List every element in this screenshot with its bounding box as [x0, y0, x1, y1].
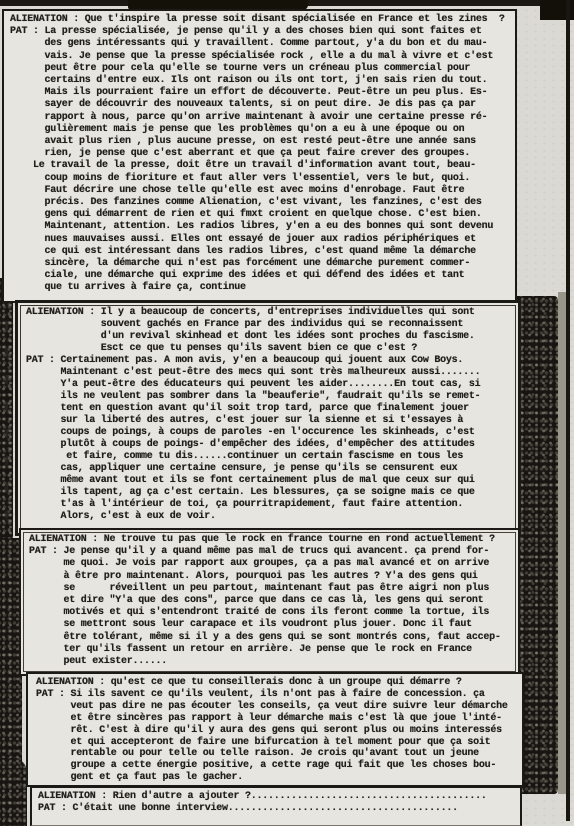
- text-line: groupe a cette énergie positive, a cette…: [36, 760, 520, 772]
- text-line: tent en question avant qu'il soit trop t…: [26, 403, 516, 415]
- text-line: être tolérant, même si il y a des gens q…: [29, 632, 516, 644]
- text-line: ter qu'ils fassent un retour en arrière.…: [29, 644, 516, 656]
- text-line: et qui accepteront de faire une bifurcat…: [36, 737, 520, 749]
- text-line: se mettront sous leur carapace et ils vo…: [29, 619, 516, 631]
- text-line: à être pro maintenant. Alors, pourquoi p…: [29, 571, 516, 583]
- text-line: me quoi. Je vois par rapport aux groupes…: [29, 558, 516, 570]
- text-line: Alors, c'est à eux de voir.: [26, 511, 516, 523]
- text-line: se réveillent un peu partout, maintenant…: [29, 583, 516, 595]
- text-line: motivés et qui s'entendront traité de co…: [29, 607, 516, 619]
- interview-block-rock-france: ALIENATION : Ne trouve tu pas que le roc…: [19, 528, 520, 676]
- text-line: Esct ce que tu penses qu'ils savent bien…: [26, 343, 516, 355]
- text-line: Y'a peut-être des éducateurs qui peuvent…: [26, 379, 516, 391]
- text-line: ALIENATION : Ne trouve tu pas que le roc…: [29, 534, 516, 546]
- text-line: rien, je pense que c'est aberrant et que…: [10, 148, 513, 160]
- text-line: vais. Je pense que la presse spécialisée…: [10, 51, 513, 63]
- text-line: PAT : Si ils savent ce qu'ils veulent, i…: [36, 689, 520, 701]
- text-line: Mais ils pourraient faire un effort de d…: [10, 87, 513, 99]
- text-line: ciale, une démarche qui exprime des idée…: [10, 270, 513, 282]
- text-line: ce qui est intéressant dans les radios l…: [10, 246, 513, 258]
- text-line: gulièrement mais je pense que les problè…: [10, 124, 513, 136]
- text-line: Faut décrire une chose telle qu'elle est…: [10, 185, 513, 197]
- interview-block-conseils: ALIENATION : qu'est ce que tu conseiller…: [26, 672, 524, 787]
- text-line: Le travail de la presse, doit être un tr…: [10, 160, 513, 172]
- scanned-interview-page: ALIENATION : Que t'inspire la presse soi…: [0, 0, 574, 826]
- text-line: ils tapent, ag ça c'est certain. Les ble…: [26, 487, 516, 499]
- text-line: gent et ça faut pas le gacher.: [36, 772, 520, 784]
- text-line: PAT : C'était une bonne interview.......…: [38, 803, 518, 815]
- text-line: gens qui démarrent de rien et qui fmxt c…: [10, 209, 513, 221]
- text-line: et être sincères pas rapport à leur déma…: [36, 713, 520, 725]
- text-line: peut être pour cela qu'elle se tourne ve…: [10, 63, 513, 75]
- interview-block-press: ALIENATION : Que t'inspire la presse soi…: [2, 9, 517, 303]
- text-line: ALIENATION : Que t'inspire la presse soi…: [10, 14, 513, 26]
- text-line: PAT : Certainement pas. A mon avis, y'en…: [26, 355, 516, 367]
- text-line: Maintenant, attention. Les radios libres…: [10, 221, 513, 233]
- margin-scribbles: [2, 312, 14, 522]
- text-line: ils ne veulent pas sombrer dans la "beau…: [26, 391, 516, 403]
- text-line: veut pas dire ne pas écouter les conseil…: [36, 701, 520, 713]
- text-line: précis. Des fanzines comme Alienation, c…: [10, 197, 513, 209]
- text-line: ALIENATION : Il y a beaucoup de concerts…: [26, 307, 516, 319]
- text-line: ALIENATION : qu'est ce que tu conseiller…: [36, 677, 520, 689]
- text-line: Maintenant c'est peut-être des mecs qui …: [26, 367, 516, 379]
- text-line: rapport à nous, parce qu'on arrive maint…: [10, 112, 513, 124]
- text-line: et faire, comme tu dis......continuer un…: [26, 451, 516, 463]
- text-line: nues mauvaises aussi. Elles ont essayé d…: [10, 234, 513, 246]
- text-line: coup moins de fioriture et faut aller ve…: [10, 173, 513, 185]
- text-line: même avant tout et ils se font certainem…: [26, 475, 516, 487]
- text-line: sincère, la démarche qui n'est pas forcé…: [10, 258, 513, 270]
- text-line: peut exister......: [29, 656, 516, 668]
- interview-block-skinheads: ALIENATION : Il y a beaucoup de concerts…: [15, 300, 521, 536]
- text-line: certains d'entre eux. Ils ont raison ou …: [10, 75, 513, 87]
- text-line: rêt. C'est à dire qu'il y aura des gens …: [36, 725, 520, 737]
- text-line: des gens intéressants qui y travaillent.…: [10, 38, 513, 50]
- scan-edge-right-gray: [558, 292, 566, 794]
- text-line: cas, appliquer une certaine censure, je …: [26, 463, 516, 475]
- text-line: souvent gachés en France par des individ…: [26, 319, 516, 331]
- text-line: PAT : La presse spécialisée, je pense qu…: [10, 26, 513, 38]
- text-line: sayer de découvrir des nouveaux talents,…: [10, 99, 513, 111]
- text-line: d'un revival skinhead et dont les idées …: [26, 331, 516, 343]
- text-line: plutôt à coups de poings- d'empêcher des…: [26, 439, 516, 451]
- scan-blob-bottom-left: [0, 758, 27, 826]
- text-line: rentable ou pour telle ou telle raison. …: [36, 748, 520, 760]
- text-line: t'as à l'intérieur de toi, ça pourritrap…: [26, 499, 516, 511]
- text-line: sur la liberté des autres, c'est jouer s…: [26, 415, 516, 427]
- scan-edge-right-line: [566, 0, 570, 821]
- text-line: que tu arrives à faire ça, continue: [10, 282, 513, 294]
- text-line: avait plus rien , plus aucune presse, on…: [10, 136, 513, 148]
- text-line: ALIENATION : Rien d'autre a ajouter ?...…: [38, 791, 518, 803]
- text-line: coups de poings, à coups de paroles -en …: [26, 427, 516, 439]
- text-line: PAT : Je pense qu'il y a quand même pas …: [29, 546, 516, 558]
- interview-block-conclusion: ALIENATION : Rien d'autre a ajouter ?...…: [30, 786, 522, 826]
- text-line: et dire "Y'a que des cons", parce que da…: [29, 595, 516, 607]
